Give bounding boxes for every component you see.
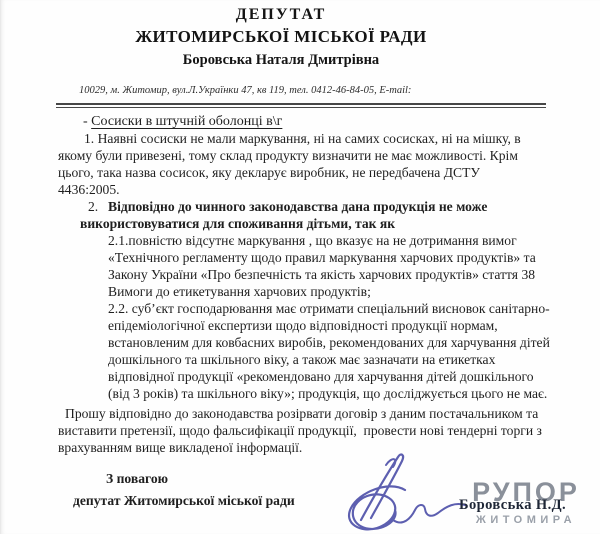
text-line: (від 3 років) та шкільного віку»; продук…: [108, 385, 600, 402]
text-line: 1. Наявні сосиски не мали маркування, ні…: [58, 130, 600, 147]
text-line: якому були привезені, тому склад продукт…: [58, 147, 600, 164]
handwritten-signature: [317, 448, 467, 534]
text-line: використовуватися для споживання дітьми,…: [80, 215, 600, 232]
scanned-letter-page: ДЕПУТАТ ЖИТОМИРСЬКОЇ МІСЬКОЇ РАДИ Боровс…: [0, 0, 600, 534]
text-line: Прошу відповідно до законодавства розірв…: [58, 405, 600, 422]
text-line: виставити претензії, щодо фальсифікації …: [58, 422, 600, 439]
paragraph-2-1: 2.1.повністю відсутнє маркування , що вк…: [58, 232, 600, 300]
text-line: Закону України «Про безпечність та якіст…: [108, 266, 600, 283]
letterhead-address: 10029, м. Житомир, вул.Л.Українки 47, кв…: [79, 84, 561, 97]
text-line: встановленим для ковбасних виробів, реко…: [108, 334, 600, 351]
subject-line: - Сосиски в штучній оболонці в\г: [58, 113, 600, 130]
text-line: Вимоги до етикетування харчових продукті…: [108, 283, 600, 300]
letterhead-divider: [56, 103, 546, 108]
letterhead-title-council: ЖИТОМИРСЬКОЇ МІСЬКОЇ РАДИ: [1, 25, 561, 48]
text-line: «Технічного регламенту щодо правил марку…: [108, 249, 600, 266]
text-line: відповідної продукції «рекомендовано для…: [108, 368, 600, 385]
letterhead: ДЕПУТАТ ЖИТОМИРСЬКОЇ МІСЬКОЇ РАДИ Боровс…: [1, 0, 561, 108]
subject-dash: -: [83, 114, 91, 129]
list-number: 2.: [84, 198, 108, 215]
text-line: 2.2. суб’єкт господарювання має отримати…: [108, 300, 600, 317]
text-line: 4436:2005.: [58, 181, 600, 198]
text-line: цього, така назва сосисок, яку декларує …: [58, 164, 600, 181]
subject-text: Сосиски в штучній оболонці в\г: [91, 114, 282, 129]
text-line: епідеміологічної експертизи щодо відпові…: [108, 317, 600, 334]
paragraph-2: 2.Відповідно до чинного законодавства да…: [58, 198, 600, 232]
signer-name: Боровська Н.Д.: [459, 497, 566, 514]
paragraph-1: 1. Наявні сосиски не мали маркування, ні…: [58, 130, 600, 198]
text-line: 2.Відповідно до чинного законодавства да…: [80, 198, 600, 215]
text-line: дошкільного та шкільного віку, а також м…: [108, 351, 600, 368]
letterhead-deputy-name: Боровська Наталя Дмитрівна: [1, 50, 561, 71]
paragraph-2-2: 2.2. суб’єкт господарювання має отримати…: [58, 300, 600, 402]
letterhead-title-deputy: ДЕПУТАТ: [1, 4, 561, 25]
text-line: 2.1.повністю відсутнє маркування , що вк…: [108, 232, 600, 249]
paragraph-2-bold-text: Відповідно до чинного законодавства дана…: [108, 199, 487, 214]
watermark-zhytomyra-text: ЖИТОМИРА: [453, 514, 599, 526]
